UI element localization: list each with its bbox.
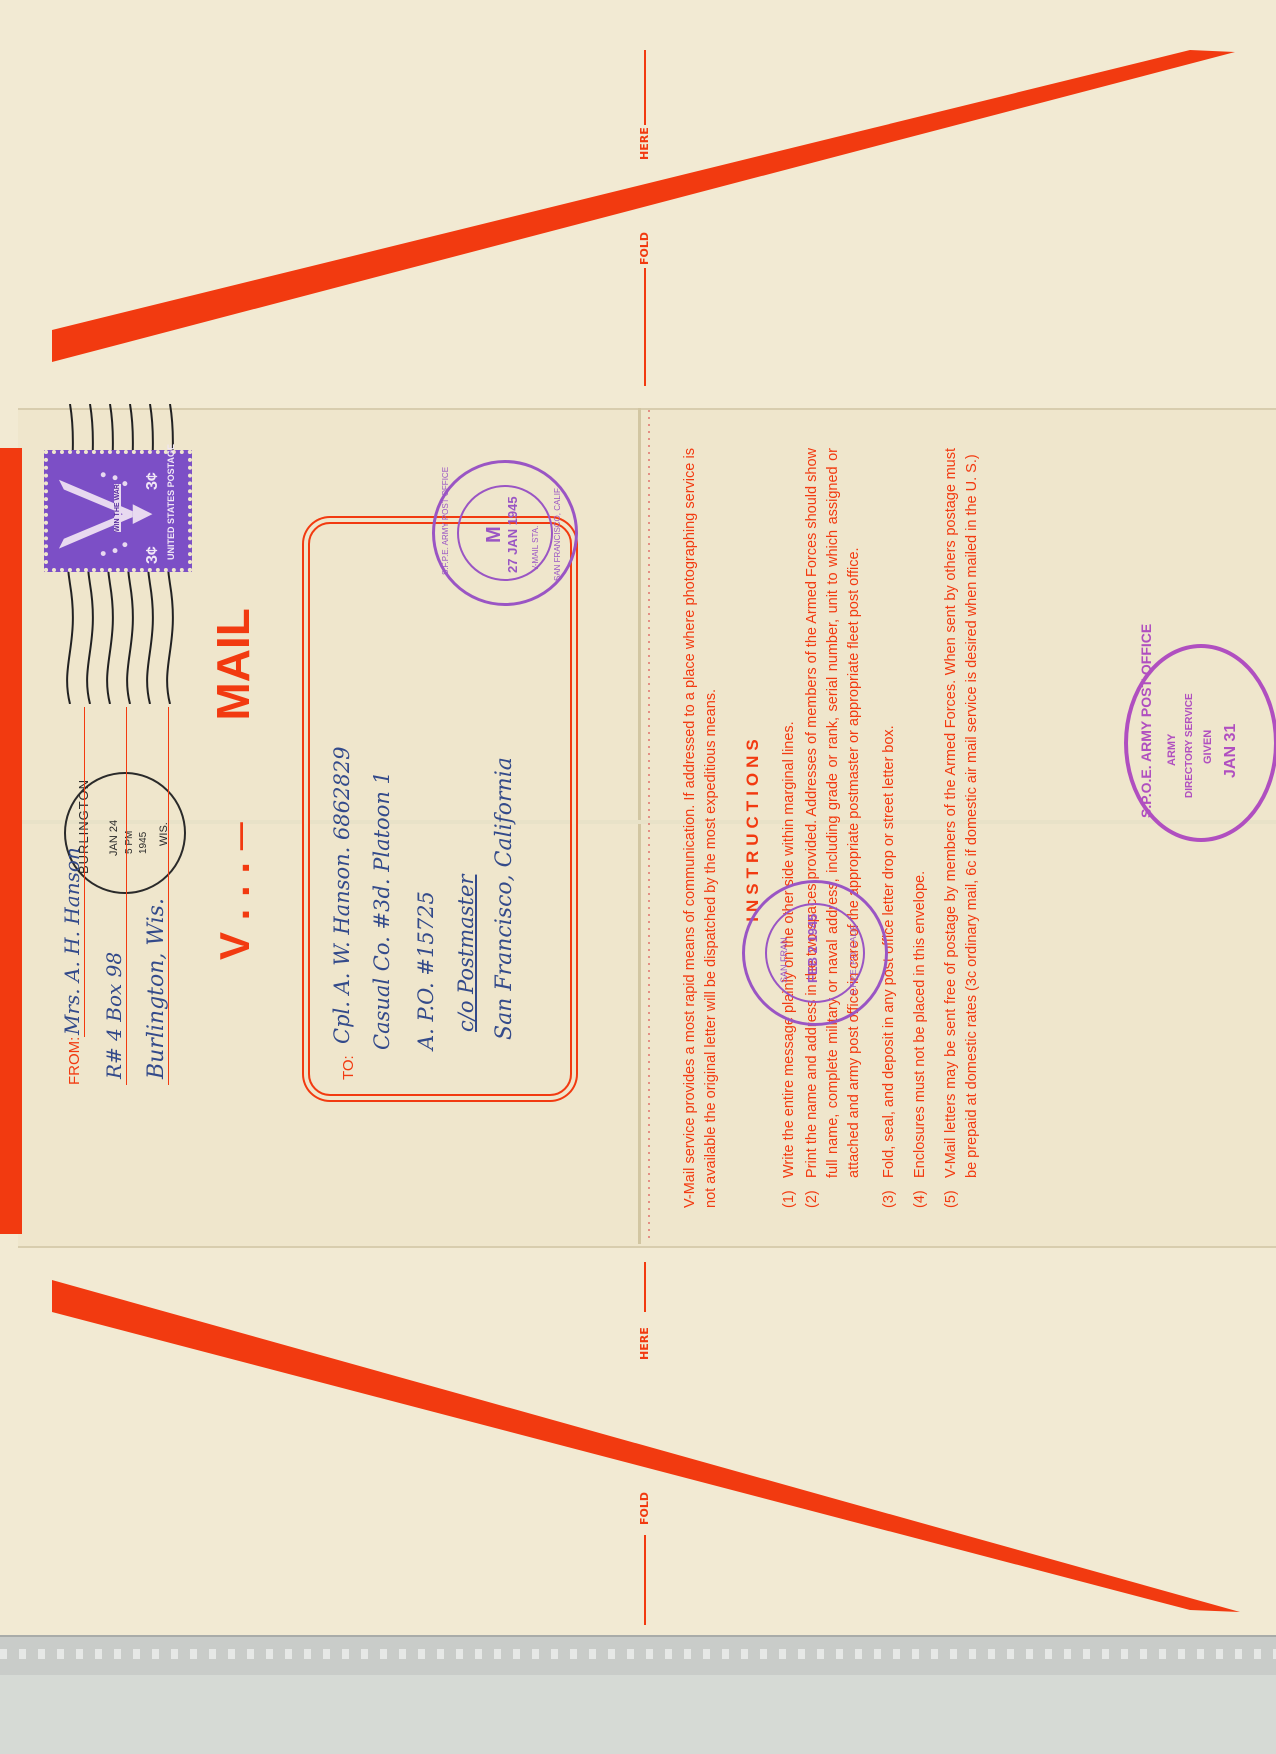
center-fold-crease xyxy=(638,408,641,1244)
to-line-5: San Francisco, California xyxy=(492,757,517,1040)
postmark-sfpe-feb: SAN FRAN FEB 2 1945 S.F.P.E. P.O. CALIF. xyxy=(742,880,888,1026)
to-line-1: Cpl. A. W. Hanson. 6862829 xyxy=(330,746,354,1044)
stamp-value-bottom: 3¢ xyxy=(144,546,162,564)
fold-line-bottom-upper xyxy=(644,1262,646,1312)
postmark-directory-text: S.P.O.E. ARMY POST OFFICE xyxy=(1138,624,1154,818)
postmark-feb-text: S.F.P.E. P.O. CALIF. xyxy=(849,924,858,995)
from-line-2: R# 4 Box 98 xyxy=(102,952,126,1079)
vmail-title-v: V . . . xyxy=(211,862,258,960)
postmark-sfpe-date: 27 JAN 1945 xyxy=(505,496,520,573)
from-block: FROM: Mrs. A. H. Hanson R# 4 Box 98 Burl… xyxy=(60,685,190,1085)
postmark-directory-given: GIVEN xyxy=(1202,730,1214,764)
instruction-item-3: (3)Fold, seal, and deposit in any post o… xyxy=(879,448,900,1208)
vmail-title-mail: MAIL xyxy=(207,608,259,720)
stamp-slogan-text: WIN THE WAR xyxy=(114,484,121,532)
postmark-feb-city: SAN FRAN xyxy=(779,937,789,983)
postmark-feb-date: FEB 2 1945 xyxy=(805,914,820,983)
sleeve-perforation xyxy=(0,1649,1276,1659)
red-edge-band xyxy=(0,448,22,1234)
postmark-directory-date: JAN 31 xyxy=(1222,724,1240,778)
instructions-block: V-Mail service provides a most rapid mea… xyxy=(680,448,983,1208)
to-line-4: c/o Postmaster xyxy=(454,875,478,1032)
bottom-flap-v-stripe xyxy=(0,1240,1276,1640)
instruction-item-2: (2)Print the name and address in the two… xyxy=(802,448,865,1208)
perforation-line xyxy=(648,410,650,1242)
fold-line-bottom-lower xyxy=(644,1535,646,1625)
postmark-directory-army: ARMY xyxy=(1166,734,1178,766)
vmail-title-dash: — xyxy=(224,822,255,850)
fold-line-top-lower xyxy=(644,268,646,386)
to-line-3: A. P.O. #15725 xyxy=(414,891,438,1050)
postmark-sfpe-army: S.F.P.E. ARMY POST OFFICE M 27 JAN 1945 … xyxy=(432,460,578,606)
postmark-directory-service-label: DIRECTORY SERVICE xyxy=(1184,693,1195,798)
instruction-item-4: (4)Enclosures must not be placed in this… xyxy=(910,448,931,1208)
fold-label-top: FOLD xyxy=(638,232,651,265)
vmail-title: V . . . — MAIL xyxy=(206,608,260,960)
from-line-3: Burlington, Wis. xyxy=(144,898,169,1079)
fold-line-top-upper xyxy=(644,50,646,125)
postmark-sfpe-station: V-MAIL STA. xyxy=(531,526,540,571)
stamp-value-top: 3¢ xyxy=(144,472,162,490)
instruction-item-5: (5)V-Mail letters may be sent free of po… xyxy=(941,448,983,1208)
postage-stamp: UNITED STATES POSTAGE WIN THE WAR 3¢ 3¢ xyxy=(44,450,192,572)
postmark-sfpe-text: S.F.P.E. ARMY POST OFFICE xyxy=(441,467,450,575)
to-label: TO: xyxy=(340,1055,357,1080)
postmark-sfpe-letter: M xyxy=(483,526,506,543)
intro-paragraph: V-Mail service provides a most rapid mea… xyxy=(680,448,722,1208)
here-label-bottom: HERE xyxy=(638,1327,651,1360)
vmail-envelope-sheet: FOLD HERE HERE FOLD UNITED STATES POSTAG… xyxy=(0,0,1276,1635)
from-label: FROM: xyxy=(66,1037,83,1085)
to-block: TO: Cpl. A. W. Hanson. 6862829 Casual Co… xyxy=(330,540,560,1080)
stamp-country-text: UNITED STATES POSTAGE xyxy=(166,444,176,560)
here-label-top: HERE xyxy=(638,127,651,160)
scanner-background xyxy=(0,1675,1276,1754)
from-line-1: Mrs. A. H. Hanson xyxy=(60,847,84,1035)
instructions-heading: INSTRUCTIONS xyxy=(742,448,763,1208)
fold-label-bottom: FOLD xyxy=(638,1492,651,1525)
postmark-sfpe-city: SAN FRANCISCO, CALIF. xyxy=(553,487,562,581)
postmark-directory-service: S.P.O.E. ARMY POST OFFICE ARMY DIRECTORY… xyxy=(1124,644,1276,842)
top-flap-v-stripe xyxy=(0,0,1276,410)
instruction-item-1: (1)Write the entire message plainly on t… xyxy=(779,448,800,1208)
to-line-2: Casual Co. #3d. Platoon 1 xyxy=(370,771,394,1050)
scanner-sleeve-edge xyxy=(0,1635,1276,1677)
